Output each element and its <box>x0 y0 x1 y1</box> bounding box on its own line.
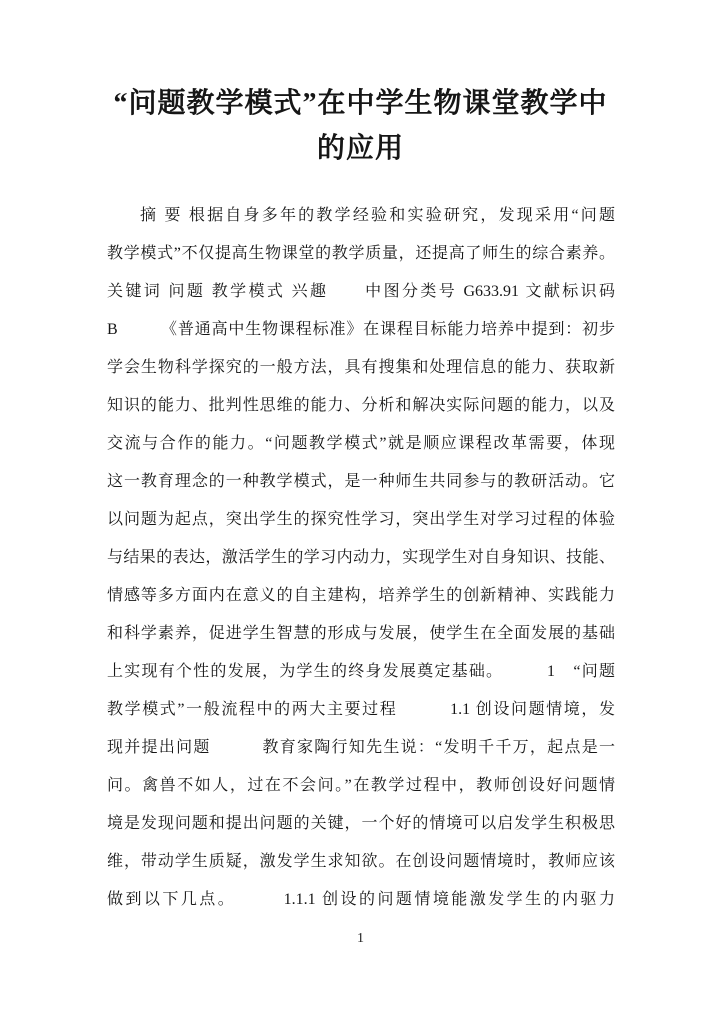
body-line: 摘 要 根据自身多年的教学经验和实验研究，发现采用“问题 <box>107 197 615 235</box>
body-line: 情感等多方面内在意义的自主建构，培养学生的创新精神、实践能力 <box>107 577 615 615</box>
body-paragraph: 摘 要 根据自身多年的教学经验和实验研究，发现采用“问题教学模式”不仅提高生物课… <box>107 197 615 919</box>
body-line: 关键词 问题 教学模式 兴趣 中图分类号 G633.91 文献标识码 <box>107 273 615 311</box>
body-line: 知识的能力、批判性思维的能力、分析和解决实际问题的能力，以及 <box>107 387 615 425</box>
body-line: 问。禽兽不如人，过在不会问。”在教学过程中，教师创设好问题情 <box>107 767 615 805</box>
body-line: 和科学素养，促进学生智慧的形成与发展，使学生在全面发展的基础 <box>107 615 615 653</box>
body-line: 以问题为起点，突出学生的探究性学习，突出学生对学习过程的体验 <box>107 501 615 539</box>
title-line-1: “问题教学模式”在中学生物课堂教学中 <box>60 81 661 126</box>
title-line-2: 的应用 <box>60 126 661 171</box>
page-number: 1 <box>0 929 721 949</box>
document-page: “问题教学模式”在中学生物课堂教学中 的应用 摘 要 根据自身多年的教学经验和实… <box>0 0 721 1020</box>
body-line: 交流与合作的能力。“问题教学模式”就是顺应课程改革需要，体现 <box>107 425 615 463</box>
body-line: 做到以下几点。 1.1.1 创设的问题情境能激发学生的内驱力 <box>107 881 615 919</box>
body-line: 与结果的表达，激活学生的学习内动力，实现学生对自身知识、技能、 <box>107 539 615 577</box>
body-line: 境是发现问题和提出问题的关键，一个好的情境可以启发学生积极思 <box>107 805 615 843</box>
body-line: 现并提出问题 教育家陶行知先生说：“发明千千万，起点是一 <box>107 729 615 767</box>
body-line: 学会生物科学探究的一般方法，具有搜集和处理信息的能力、获取新 <box>107 349 615 387</box>
body-line: 维，带动学生质疑，激发学生求知欲。在创设问题情境时，教师应该 <box>107 843 615 881</box>
body-line: 教学模式”不仅提高生物课堂的教学质量，还提高了师生的综合素养。 <box>107 235 615 273</box>
page-title: “问题教学模式”在中学生物课堂教学中 的应用 <box>0 81 721 171</box>
body-line: 上实现有个性的发展，为学生的终身发展奠定基础。 1 “问题 <box>107 653 615 691</box>
body-line: 这一教育理念的一种教学模式，是一种师生共同参与的教研活动。它 <box>107 463 615 501</box>
body-line: 教学模式”一般流程中的两大主要过程 1.1 创设问题情境，发 <box>107 691 615 729</box>
body-line: B 《普通高中生物课程标准》在课程目标能力培养中提到：初步 <box>107 311 615 349</box>
